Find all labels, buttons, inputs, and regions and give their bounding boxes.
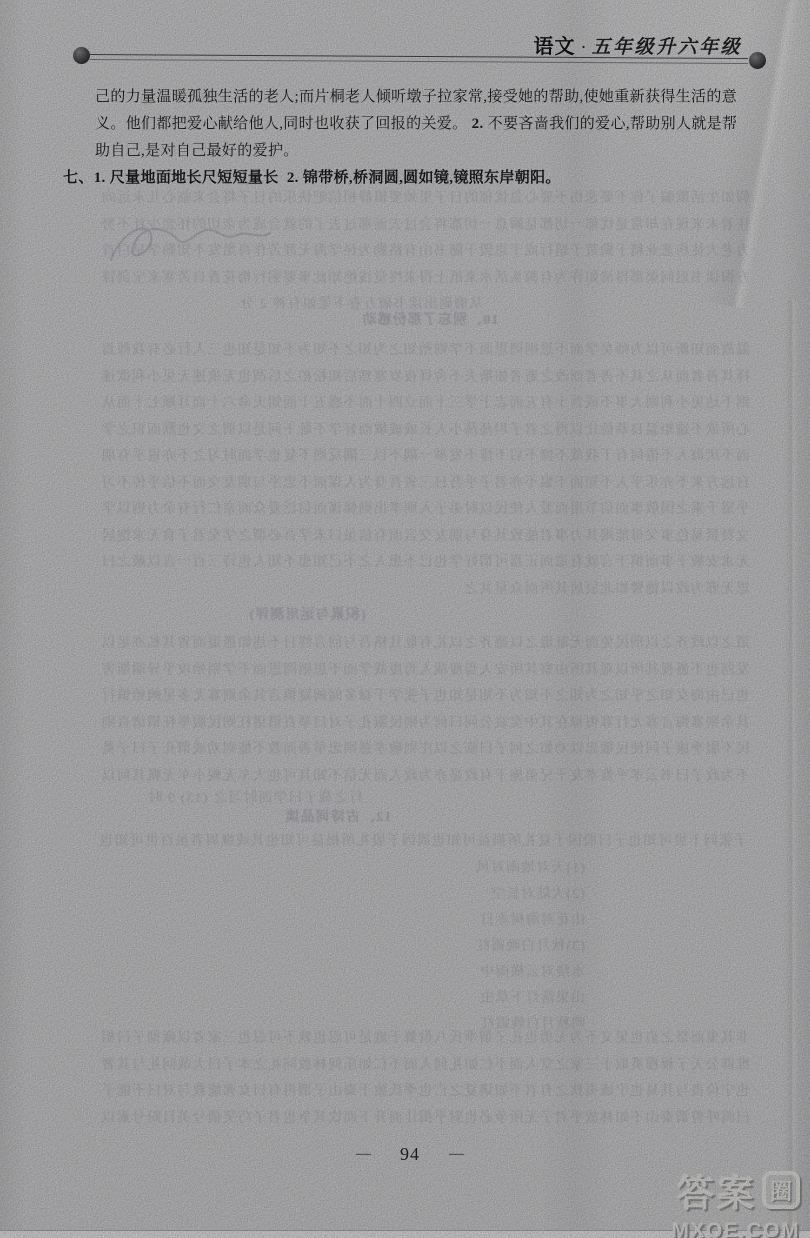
- bleed-line: 水绕对云横雨中: [405, 960, 585, 986]
- bleed-line: 山花对海树赤日: [385, 908, 585, 934]
- bleed-line: 道之以政齐之以刑民免而无耻道之以德齐之以礼有耻且格吾与回言终日不违如愚退而省其私…: [63, 631, 750, 658]
- answer-line-1: 己的力量温暖孤独生活的老人;而片桐老人倾听墩子拉家常,接受她的帮助,使她重新获得…: [0, 84, 810, 111]
- page-number-footer: — 94 —: [356, 1144, 464, 1165]
- bleed-line: 思无邪为政以德譬如北辰居其所而众星共之: [270, 577, 750, 604]
- bleedthrough-short-column: (1)天对地雨对风(2)大陆对长空山花对海树赤日(3)秋月白晚霞红水绕对云横雨中…: [385, 856, 585, 1042]
- page-number-dash-right: —: [449, 1146, 464, 1163]
- page-number: 94: [400, 1144, 420, 1165]
- bleed-line: 而不厌诲人不倦何有于我哉不愤不启不悱不发举一隅不以三隅反则不复也学而时习之不亦说…: [63, 444, 750, 471]
- bleedthrough-heading-section: (积累与运用测评): [232, 604, 382, 624]
- bleedthrough-line-d2: 子张问十世可知也子曰殷因于夏礼所损益可知也周因于殷礼所损益可知也其或继周者虽百世…: [63, 829, 748, 857]
- bleed-line: 发回也不愚视其所以观其所由察其所安人焉廋哉人焉廋哉学而不思则罔思而不学则殆攻乎异…: [63, 658, 750, 685]
- bleed-line: 也宁俭丧与其易也宁戚夷狄之有君不如诸夏之亡也季氏旅于泰山子谓冉有曰女弗能救与对曰…: [63, 1079, 750, 1106]
- bleed-line: 山果落灯下草虫: [385, 986, 585, 1012]
- answer-site-watermark: 答案 圈 MXQE.COM: [671, 1163, 800, 1238]
- bleed-line: 温故而知新可以为师矣学而不思则罔思而不学则殆知之为知之不知为不知是知也三人行必有…: [63, 338, 750, 365]
- page-edge-crease: [786, 300, 798, 1228]
- answer-line-4-question-7: 七、1. 尺量地面地长尺短短量长 2. 锦带桥,桥洞圆,圆如镜,镜照东岸朝阳。: [0, 165, 810, 192]
- bleed-line: (1)天对地雨对风: [385, 856, 585, 882]
- answer-line-3: 助自己,是对自己最好的爱护。: [0, 138, 810, 165]
- header-rule-end-dot-left: [73, 47, 90, 64]
- watermark-site-url: MXQE.COM: [671, 1219, 800, 1238]
- bleed-line: 则不达见小利则大事不成吾十有五而志于学三十而立四十而不惑五十而知天命六十而耳顺七…: [63, 391, 750, 418]
- bleed-line: 民不服季康子问使民敬忠以劝如之何子曰临之以庄则敬孝慈则忠举善而教不能则劝或谓孔子…: [63, 737, 750, 764]
- watermark-brand-text: 答案: [677, 1163, 757, 1217]
- bleedthrough-block-b: 温故而知新可以为师矣学而不思则罔思而不学则殆知之为知之不知为不知是知也三人行必有…: [63, 338, 750, 606]
- answer-text: 不要吝啬我们的爱心,帮助别人就是帮: [488, 116, 738, 132]
- bleedthrough-heading-12: 12、古诗词品读: [268, 806, 408, 826]
- answer-text: 助自己,是对自己最好的爱护。: [95, 143, 299, 159]
- bleed-line: 也已由诲女知之乎知之为知之不知为不知是知也子张学干禄多闻阙疑慎言其余则寡尤多见阙…: [63, 684, 750, 711]
- bleed-line: 非其鬼而祭之谄也见义不为无勇也孔子谓季氏八佾舞于庭是可忍也孰不可忍也三家者以雍彻…: [63, 1026, 750, 1053]
- bleed-line: 择其善者而从之其不善者而改之逝者如斯夫不舍昼夜岁寒然后知松柏之后凋也无欲速无见小…: [63, 365, 750, 392]
- bleed-line: 心所欲不逾矩温良恭俭让以得之君子坦荡荡小人长戚戚敏而好学不耻下问是以谓之文也默而…: [63, 418, 750, 445]
- answer-text: 锦带桥,桥洞圆,圆如镜,镜照东岸朝阳。: [303, 170, 561, 186]
- bleed-line: 无求安敏于事而慎于言就有道而正焉可谓好学也已不患人之不己知患不知人也诗三百一言以…: [63, 550, 750, 577]
- bleed-line: 其余则寡悔言寡尤行寡悔禄在其中矣哀公问曰何为则民服孔子对曰举直错诸枉则民服举枉错…: [63, 711, 750, 738]
- scanned-answer-page: 语文·五年级升六年级 己的力量温暖孤独生活的老人;而片桐老人倾听墩子拉家常,接受…: [0, 0, 810, 1238]
- watermark-logo: 答案 圈: [671, 1163, 800, 1217]
- answer-number-marker: 2.: [279, 170, 303, 186]
- bleed-line: (2)大陆对长空: [405, 882, 585, 908]
- bleed-line: 子张问十世可知也子曰殷因于夏礼所损益可知也周因于殷礼所损益可知也其或继周者虽百世…: [63, 829, 748, 856]
- subject-label: 语文: [533, 36, 575, 58]
- question-number-marker: 七、1.: [63, 170, 110, 186]
- answer-text: 尺量地面地长尺短短量长: [110, 170, 279, 186]
- answer-text: 义。他们都把爱心献给他人,同时也收获了回报的关爱。: [95, 116, 468, 132]
- page-number-dash-left: —: [356, 1146, 371, 1163]
- answer-number-marker: 2.: [468, 116, 488, 132]
- bleed-line: 曰呜呼曾谓泰山不如林放乎君子无所争必也射乎揖让而升下而饮其争也君子巧笑倩兮美目盼…: [63, 1106, 750, 1133]
- answer-line-2: 义。他们都把爱心献给他人,同时也收获了回报的关爱。 2. 不要吝啬我们的爱心,帮…: [0, 111, 810, 138]
- bleedthrough-heading-10: 10、别忘了那份感动: [340, 309, 520, 329]
- page-header-title: 语文·五年级升六年级: [533, 30, 742, 59]
- bleed-line: 乎道千乘之国敬事而信节用而爱人使民以时弟子入则孝出则悌谨而信泛爱众而亲仁行有余力…: [63, 497, 750, 524]
- bleed-line: (3)秋月白晚霞红: [397, 934, 585, 960]
- bleed-line: 维辟公天子穆穆奚取于三家之堂人而不仁如礼何人而不仁如乐何林放问礼之本子曰大哉问礼…: [63, 1053, 750, 1080]
- answer-text: 己的力量温暖孤独生活的老人;而片桐老人倾听墩子拉家常,接受她的帮助,使她重新获得…: [95, 89, 737, 105]
- pencil-scribble: [103, 210, 278, 282]
- answer-text-block: 己的力量温暖孤独生活的老人;而片桐老人倾听墩子拉家常,接受她的帮助,使她重新获得…: [0, 84, 810, 192]
- bleedthrough-block-f: 非其鬼而祭之谄也见义不为无勇也孔子谓季氏八佾舞于庭是可忍也孰不可忍也三家者以雍彻…: [63, 1026, 750, 1136]
- grade-label: 五年级升六年级: [591, 37, 742, 58]
- bleed-line: 自远方来不亦乐乎人不知而不愠不亦君子乎吾日三省吾身为人谋而不忠乎与朋友交而不信乎…: [63, 471, 750, 498]
- bleedthrough-block-c: 道之以政齐之以刑民免而无耻道之以德齐之以礼有耻且格吾与回言终日不违如愚退而省其私…: [63, 631, 750, 793]
- header-rule-end-dot-right: [749, 52, 766, 69]
- watermark-badge-char: 圈: [770, 1175, 792, 1206]
- watermark-badge-icon: 圈: [762, 1171, 800, 1209]
- title-separator-dot: ·: [575, 37, 591, 57]
- bleed-line: 文贤贤易色事父母能竭其力事君能致其身与朋友交言而有信虽曰未学吾必谓之学矣君子食无…: [63, 524, 750, 551]
